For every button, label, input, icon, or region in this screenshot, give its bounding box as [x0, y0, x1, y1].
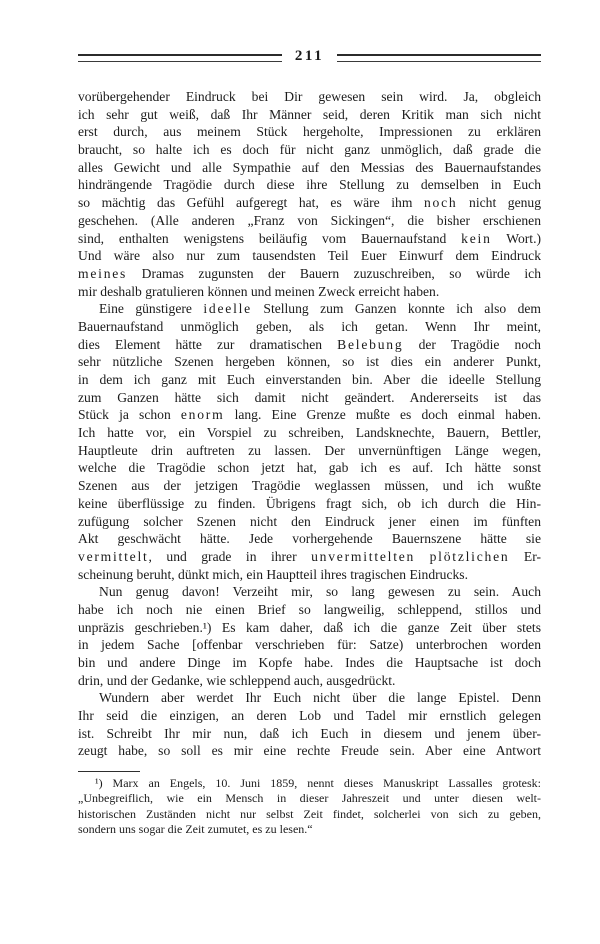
- text-line: so mächtig das Gefühl aufgeregt hat, es …: [78, 194, 541, 212]
- gesperrt-emphasis: plötzlichen: [430, 549, 510, 564]
- page-body: vorübergehender Eindruck bei Dir gewesen…: [78, 88, 541, 760]
- paragraph: Nun genug davon! Verzeiht mir, so lang g…: [78, 583, 541, 689]
- text-line: Szenen aus der jetzigen Tragödie weglass…: [78, 477, 541, 495]
- text-line: Und wäre also nur zum tausendsten Teil E…: [78, 247, 541, 265]
- text-line: zeugt habe, so soll es mir eine rechte F…: [78, 742, 541, 760]
- text-line: erst durch, aus meinem Stück hergeholte,…: [78, 123, 541, 141]
- paragraph: Wundern aber werdet Ihr Euch nicht über …: [78, 689, 541, 760]
- text-line: ist. Schreibt Ihr mir nun, daß ich Euch …: [78, 725, 541, 743]
- text-line: unpräzis geschrieben.¹) Es kam daher, da…: [78, 619, 541, 637]
- text-line: Ich hatte vor, ein Vorspiel zu schreiben…: [78, 424, 541, 442]
- text-line: Hauptleute drin auftreten zu lassen. Der…: [78, 442, 541, 460]
- gesperrt-emphasis: vermittelt: [78, 549, 149, 564]
- text-line: Eine günstigere ideelle Stellung zum Gan…: [78, 300, 541, 318]
- text-line: Wundern aber werdet Ihr Euch nicht über …: [78, 689, 541, 707]
- text-line: in dem ich ganz mit Euch einverstanden b…: [78, 371, 541, 389]
- text-line: Nun genug davon! Verzeiht mir, so lang g…: [78, 583, 541, 601]
- gesperrt-emphasis: meines: [78, 266, 127, 281]
- text-line: scheinung beruht, dünkt mich, ein Hauptt…: [78, 566, 541, 584]
- paragraph: vorübergehender Eindruck bei Dir gewesen…: [78, 88, 541, 300]
- text-line: Akt geschwächt hätte. Jede vorhergehende…: [78, 530, 541, 548]
- text-line: welche die Tragödie schon jetzt hat, gab…: [78, 459, 541, 477]
- page-footnote: ¹) Marx an Engels, 10. Juni 1859, nennt …: [78, 776, 541, 837]
- header-rule-right: [337, 54, 541, 62]
- gesperrt-emphasis: Belebung: [337, 337, 403, 352]
- text-line: dies Element hätte zur dramatischen Bele…: [78, 336, 541, 354]
- book-page: 211 vorübergehender Eindruck bei Dir gew…: [0, 0, 600, 944]
- text-line: in jedem Sache [offenbar verschrieben fü…: [78, 636, 541, 654]
- text-line: mir deshalb gratulieren können und meine…: [78, 283, 541, 301]
- text-line: habe ich noch nie einen Brief so langwei…: [78, 601, 541, 619]
- text-line: alles Gewicht und alle Sympathie auf den…: [78, 159, 541, 177]
- text-line: zum Ganzen hätte sich damit nicht geände…: [78, 389, 541, 407]
- text-line: sehr nützliche Szenen hergeben können, s…: [78, 353, 541, 371]
- text-line: sind, enthalten wenigstens beiläufig vom…: [78, 230, 541, 248]
- gesperrt-emphasis: noch: [424, 195, 458, 210]
- text-line: Bauernaufstand unmöglich geben, als ich …: [78, 318, 541, 336]
- page-header: 211: [78, 50, 541, 65]
- text-line: hindrängende Tragödie durch diese ihre S…: [78, 176, 541, 194]
- gesperrt-emphasis: ideelle: [203, 301, 252, 316]
- header-rule-left: [78, 54, 282, 62]
- text-line: ich sehr gut weiß, daß Ihr Männer seid, …: [78, 106, 541, 124]
- text-line: vorübergehender Eindruck bei Dir gewesen…: [78, 88, 541, 106]
- text-line: meines Dramas zugunsten der Bauern zuzus…: [78, 265, 541, 283]
- text-line: bin und andere Dinge im Kopfe habe. Inde…: [78, 654, 541, 672]
- footnote-line: historischen Zuständen nicht nur selbst …: [78, 807, 541, 822]
- gesperrt-emphasis: unvermittelten: [311, 549, 415, 564]
- gesperrt-emphasis: enorm: [181, 407, 225, 422]
- footnote-line: sondern uns sogar die Zeit zumutet, es z…: [78, 822, 541, 837]
- page-number: 211: [295, 49, 324, 64]
- text-line: keine überflüssige zu finden. Übrigens f…: [78, 495, 541, 513]
- footnote-line: ¹) Marx an Engels, 10. Juni 1859, nennt …: [78, 776, 541, 791]
- text-line: vermittelt, und grade in ihrer unvermitt…: [78, 548, 541, 566]
- gesperrt-emphasis: kein: [461, 231, 491, 246]
- text-line: zufügung solcher Szenen nicht den Eindru…: [78, 513, 541, 531]
- text-line: Ihr seid die einzigen, an deren Lob und …: [78, 707, 541, 725]
- text-line: geschehen. (Alle anderen „Franz von Sick…: [78, 212, 541, 230]
- footnote-line: „Unbegreiflich, wie ein Mensch in dieser…: [78, 791, 541, 806]
- text-line: Stück ja schon enorm lang. Eine Grenze m…: [78, 406, 541, 424]
- text-line: braucht, so halte ich es doch für nicht …: [78, 141, 541, 159]
- paragraph: Eine günstigere ideelle Stellung zum Gan…: [78, 300, 541, 583]
- footnote-divider: [78, 771, 140, 772]
- text-line: drin, und der Gedanke, wie schleppend au…: [78, 672, 541, 690]
